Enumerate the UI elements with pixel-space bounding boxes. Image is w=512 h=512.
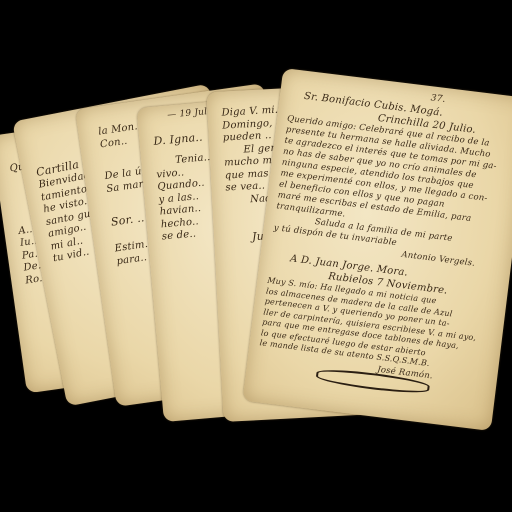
letter-sheet-6: 37. Sr. Bonifacio Cubis. Mogá. Crinchill… (243, 68, 512, 431)
page-number: 37. (430, 92, 446, 106)
photo-stage: Quid... A... Iu... Pa... De... Ro... 8. … (0, 0, 512, 512)
